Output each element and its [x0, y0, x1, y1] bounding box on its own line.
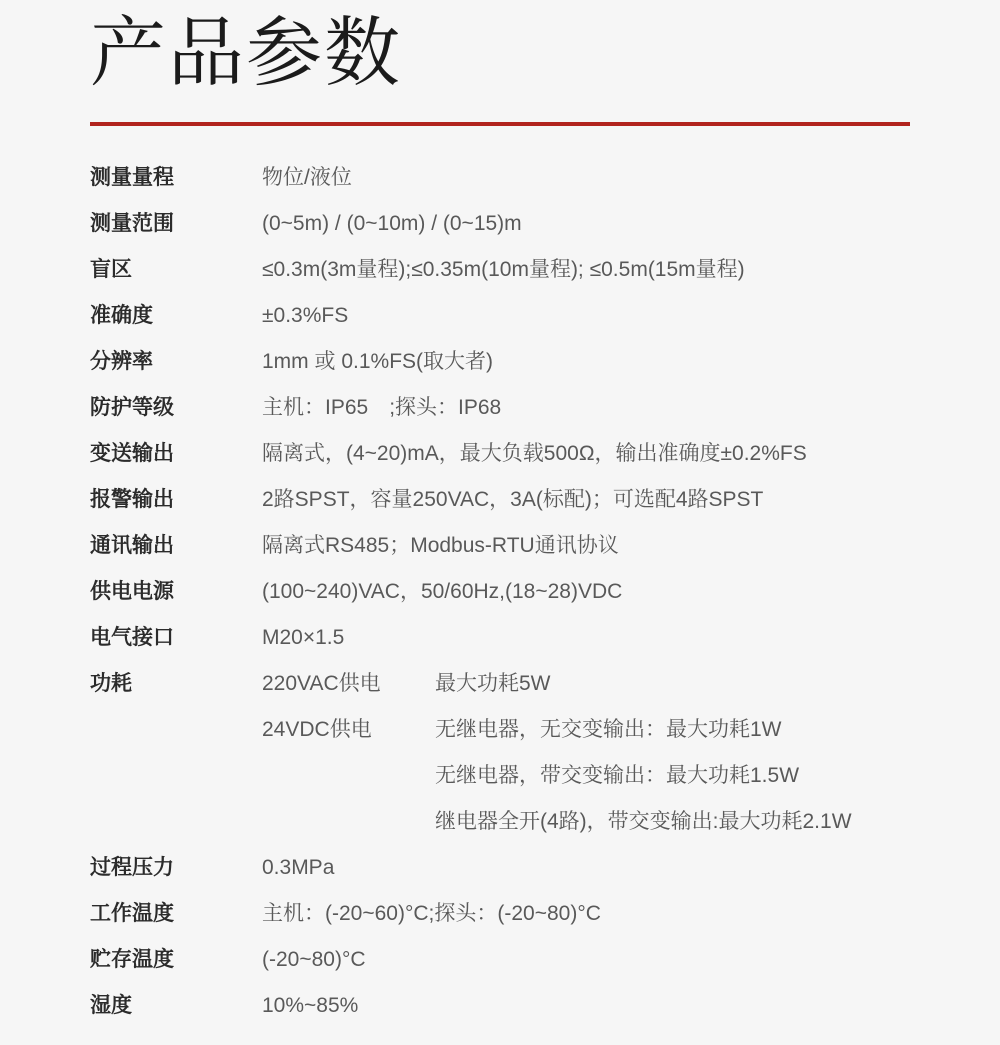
spec-table: 测量量程 物位/液位 测量范围 (0~5m) / (0~10m) / (0~15…: [90, 155, 910, 1029]
spec-row-protection-rating: 防护等级 主机：IP65 ;探头：IP68: [90, 385, 910, 431]
spec-row-communication-output: 通讯输出 隔离式RS485；Modbus-RTU通讯协议: [90, 523, 910, 569]
spec-label: 电气接口: [90, 615, 262, 661]
spec-value: 隔离式，(4~20)mA，最大负载500Ω，输出准确度±0.2%FS: [262, 431, 807, 477]
spec-label: 湿度: [90, 983, 262, 1029]
spec-value: ±0.3%FS: [262, 293, 348, 339]
spec-label: 测量范围: [90, 201, 262, 247]
spec-row-transmitter-output: 变送输出 隔离式，(4~20)mA，最大负载500Ω，输出准确度±0.2%FS: [90, 431, 910, 477]
spec-label: 变送输出: [90, 431, 262, 477]
spec-label: 报警输出: [90, 477, 262, 523]
spec-value: 0.3MPa: [262, 845, 334, 891]
spec-value: M20×1.5: [262, 615, 344, 661]
spec-label: 准确度: [90, 293, 262, 339]
spec-row-humidity: 湿度 10%~85%: [90, 983, 910, 1029]
power-mode: 220VAC供电: [262, 661, 435, 707]
spec-value: (100~240)VAC，50/60Hz,(18~28)VDC: [262, 569, 622, 615]
spec-value: (0~5m) / (0~10m) / (0~15)m: [262, 201, 522, 247]
spec-row-power-supply: 供电电源 (100~240)VAC，50/60Hz,(18~28)VDC: [90, 569, 910, 615]
product-parameters-page: 产品参数 测量量程 物位/液位 测量范围 (0~5m) / (0~10m) / …: [0, 0, 1000, 1045]
spec-row-measuring-span: 测量量程 物位/液位: [90, 155, 910, 201]
power-line-24vdc-1: 24VDC供电 无继电器，无交变输出：最大功耗1W: [262, 707, 852, 753]
spec-value: 10%~85%: [262, 983, 358, 1029]
power-line-24vdc-2: 无继电器，带交变输出：最大功耗1.5W: [262, 753, 852, 799]
power-mode: [262, 799, 435, 845]
spec-label: 功耗: [90, 661, 262, 707]
spec-value: ≤0.3m(3m量程);≤0.35m(10m量程); ≤0.5m(15m量程): [262, 247, 745, 293]
spec-value: 主机：(-20~60)°C;探头：(-20~80)°C: [262, 891, 601, 937]
spec-label: 分辨率: [90, 339, 262, 385]
power-line-220vac: 220VAC供电 最大功耗5W: [262, 661, 852, 707]
spec-row-accuracy: 准确度 ±0.3%FS: [90, 293, 910, 339]
spec-row-resolution: 分辨率 1mm 或 0.1%FS(取大者): [90, 339, 910, 385]
spec-row-process-pressure: 过程压力 0.3MPa: [90, 845, 910, 891]
power-consumption-grid: 220VAC供电 最大功耗5W 24VDC供电 无继电器，无交变输出：最大功耗1…: [262, 661, 852, 845]
title-accent-divider: [90, 122, 910, 126]
power-mode: 24VDC供电: [262, 707, 435, 753]
spec-label: 贮存温度: [90, 937, 262, 983]
power-mode: [262, 753, 435, 799]
spec-row-electrical-interface: 电气接口 M20×1.5: [90, 615, 910, 661]
spec-value: (-20~80)°C: [262, 937, 366, 983]
spec-label: 防护等级: [90, 385, 262, 431]
spec-value: 1mm 或 0.1%FS(取大者): [262, 339, 493, 385]
spec-label: 供电电源: [90, 569, 262, 615]
spec-value: 隔离式RS485；Modbus-RTU通讯协议: [262, 523, 619, 569]
spec-label: 测量量程: [90, 155, 262, 201]
spec-label: 通讯输出: [90, 523, 262, 569]
spec-row-measuring-range: 测量范围 (0~5m) / (0~10m) / (0~15)m: [90, 201, 910, 247]
power-detail: 继电器全开(4路)，带交变输出:最大功耗2.1W: [435, 799, 852, 845]
spec-row-storage-temperature: 贮存温度 (-20~80)°C: [90, 937, 910, 983]
power-detail: 无继电器，带交变输出：最大功耗1.5W: [435, 753, 799, 799]
spec-label: 工作温度: [90, 891, 262, 937]
spec-value: 主机：IP65 ;探头：IP68: [262, 385, 501, 431]
page-title: 产品参数: [90, 12, 910, 96]
spec-row-working-temperature: 工作温度 主机：(-20~60)°C;探头：(-20~80)°C: [90, 891, 910, 937]
spec-label: 盲区: [90, 247, 262, 293]
power-detail: 无继电器，无交变输出：最大功耗1W: [435, 707, 782, 753]
spec-value: 物位/液位: [262, 155, 352, 201]
spec-row-power-consumption: 功耗 220VAC供电 最大功耗5W 24VDC供电 无继电器，无交变输出：最大…: [90, 661, 910, 845]
spec-value: 2路SPST，容量250VAC，3A(标配)；可选配4路SPST: [262, 477, 763, 523]
spec-row-blind-zone: 盲区 ≤0.3m(3m量程);≤0.35m(10m量程); ≤0.5m(15m量…: [90, 247, 910, 293]
spec-row-alarm-output: 报警输出 2路SPST，容量250VAC，3A(标配)；可选配4路SPST: [90, 477, 910, 523]
power-line-24vdc-3: 继电器全开(4路)，带交变输出:最大功耗2.1W: [262, 799, 852, 845]
power-detail: 最大功耗5W: [435, 661, 551, 707]
spec-label: 过程压力: [90, 845, 262, 891]
